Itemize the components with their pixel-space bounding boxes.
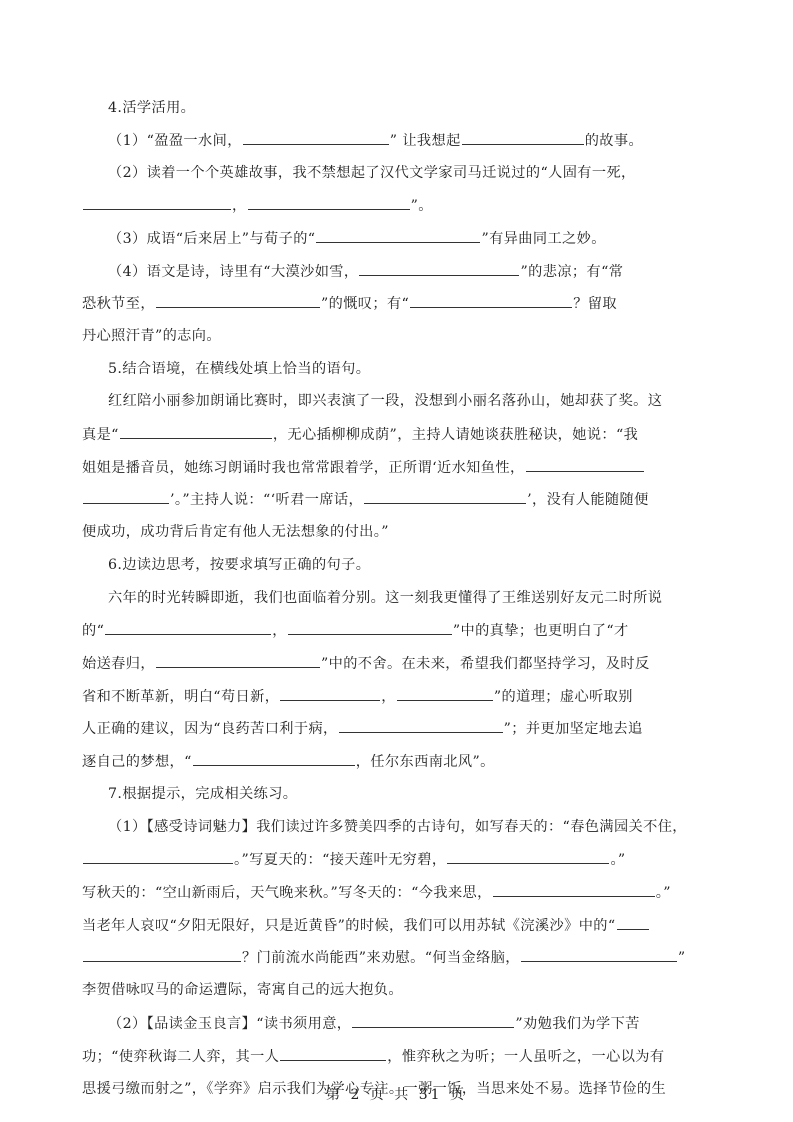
text-segment: 的故事。 [585, 129, 643, 153]
text-segment: 恐秋节至， [82, 292, 155, 316]
text-line: （1）“盈盈一水间，” 让我想起的故事。 [82, 128, 748, 152]
fill-in-blank[interactable] [493, 880, 655, 897]
text-segment: 6.边读边思考，按要求填写正确的句子。 [108, 553, 370, 577]
fill-in-blank[interactable] [280, 684, 380, 701]
text-segment: 7.根据提示，完成相关练习。 [108, 782, 297, 806]
text-segment: 。” [656, 881, 671, 905]
text-segment: ’，没有人能随随便 [527, 488, 649, 512]
text-line: （2）读着一个个英雄故事，我不禁想起了汉代文学家司马迁说过的“人固有一死， [82, 161, 748, 185]
text-segment: （3）成语“后来居上”与荀子的“ [108, 227, 315, 251]
text-line: （1）【感受诗词魅力】我们读过许多赞美四季的古诗句，如写春天的：“春色满园关不住… [82, 815, 748, 839]
text-line: 省和不断革新，明白“苟日新，，”的道理；虚心听取别 [82, 684, 722, 708]
text-segment: （1）“盈盈一水间， [108, 129, 242, 153]
fill-in-blank[interactable] [316, 226, 480, 243]
text-segment: ， [232, 194, 247, 218]
fill-in-blank[interactable] [339, 716, 503, 733]
text-segment: ”的道理；虚心听取别 [494, 685, 633, 709]
fill-in-blank[interactable] [83, 193, 231, 210]
text-line: 始送春归，”中的不舍。在未来，希望我们都坚持学习，及时反 [82, 651, 722, 675]
fill-in-blank[interactable] [83, 847, 233, 864]
text-line: ，”。 [82, 193, 722, 217]
text-segment: ’。”主持人说：“‘听君一席话， [170, 488, 363, 512]
text-segment: 姐姐是播音员，她练习朗诵时我也常常跟着学，正所谓‘近水知鱼性， [82, 456, 525, 480]
text-segment: ？留取 [573, 292, 617, 316]
text-segment: 5.结合语境，在横线处填上恰当的语句。 [108, 357, 370, 381]
fill-in-blank[interactable] [364, 487, 526, 504]
text-line: 丹心照汗青”的志向。 [82, 324, 722, 348]
text-segment: ，惟弈秋之为听；一人虽听之，一心以为有 [387, 1045, 664, 1069]
text-line: 写秋天的：“空山新雨后，天气晚来秋。”写冬天的：“今我来思，。” [82, 880, 722, 904]
text-segment: 李贺借咏叹马的命运遭际，寄寓自己的远大抱负。 [82, 978, 403, 1002]
text-segment: ”中的不舍。在未来，希望我们都坚持学习，及时反 [321, 652, 650, 676]
text-segment: 红红陪小丽参加朗诵比赛时，即兴表演了一段，没想到小丽名落孙山，她却获了奖。这 [108, 389, 662, 413]
text-line: （4）语文是诗，诗里有“大漠沙如雪，”的悲凉；有“常 [82, 259, 748, 283]
text-segment: ”。 [411, 194, 433, 218]
text-segment: （2）读着一个个英雄故事，我不禁想起了汉代文学家司马迁说过的“人固有一死， [108, 161, 636, 185]
text-segment: 。” [610, 848, 625, 872]
page-number-footer: 第 2 页 共 31 页 [0, 1084, 793, 1104]
text-segment: ”有异曲同工之妙。 [481, 227, 605, 251]
text-segment: 始送春归， [82, 652, 155, 676]
text-line: （2）【品读金玉良言】“读书须用意，”劝勉我们为学下苦 [82, 1011, 748, 1035]
text-line: 。”写夏天的：“接天莲叶无穷碧，。” [82, 847, 722, 871]
text-line: 人正确的建议，因为“良药苦口利于病，”；并更加坚定地去追 [82, 716, 722, 740]
text-segment: 丹心照汗青”的志向。 [82, 324, 221, 348]
text-line: ’。”主持人说：“‘听君一席话，’，没有人能随随便 [82, 487, 722, 511]
text-segment: ，任尔东西南北风”。 [356, 750, 495, 774]
fill-in-blank[interactable] [156, 651, 320, 668]
text-line: 7.根据提示，完成相关练习。 [82, 782, 748, 806]
fill-in-blank[interactable] [447, 847, 609, 864]
text-segment: ”劝勉我们为学下苦 [515, 1012, 639, 1036]
text-line: （3）成语“后来居上”与荀子的“”有异曲同工之妙。 [82, 226, 748, 250]
text-line: 六年的时光转瞬即逝，我们也面临着分别。这一刻我更懂得了王维送别好友元二时所说 [82, 586, 748, 610]
fill-in-blank[interactable] [120, 422, 272, 439]
text-segment: ，无心插柳柳成荫”，主持人请她谈获胜秘诀，她说：“我 [273, 423, 638, 447]
text-line: 的“，”中的真挚；也更明白了“才 [82, 618, 722, 642]
text-line: 逐自己的梦想，“，任尔东西南北风”。 [82, 749, 722, 773]
document-page: 4.活学活用。（1）“盈盈一水间，” 让我想起的故事。（2）读着一个个英雄故事，… [0, 0, 793, 1122]
fill-in-blank[interactable] [105, 618, 271, 635]
text-line: 恐秋节至，”的慨叹；有“？留取 [82, 291, 722, 315]
text-segment: 写秋天的：“空山新雨后，天气晚来秋。”写冬天的：“今我来思， [82, 881, 492, 905]
text-segment: 逐自己的梦想，“ [82, 750, 192, 774]
fill-in-blank[interactable] [359, 259, 519, 276]
text-line: 4.活学活用。 [82, 96, 748, 120]
fill-in-blank[interactable] [248, 193, 410, 210]
text-segment: ” [678, 946, 686, 970]
text-segment: ， [381, 685, 396, 709]
fill-in-blank[interactable] [617, 913, 649, 930]
text-line: 李贺借咏叹马的命运遭际，寄寓自己的远大抱负。 [82, 978, 722, 1002]
fill-in-blank[interactable] [462, 128, 584, 145]
text-segment: ”的慨叹；有“ [321, 292, 409, 316]
fill-in-blank[interactable] [243, 128, 389, 145]
text-segment: ？门前流水尚能西”来劝慰。“何当金络脑， [242, 946, 520, 970]
text-segment: 4.活学活用。 [108, 96, 195, 120]
text-segment: 真是“ [82, 423, 119, 447]
text-segment: （1）【感受诗词魅力】我们读过许多赞美四季的古诗句，如写春天的：“春色满园关不住… [108, 815, 687, 839]
text-segment: ” 让我想起 [390, 129, 461, 153]
fill-in-blank[interactable] [83, 945, 241, 962]
fill-in-blank[interactable] [526, 455, 644, 472]
text-line: 功；“使弈秋诲二人弈，其一人，惟弈秋之为听；一人虽听之，一心以为有 [82, 1044, 722, 1068]
fill-in-blank[interactable] [83, 487, 169, 504]
text-segment: 六年的时光转瞬即逝，我们也面临着分别。这一刻我更懂得了王维送别好友元二时所说 [108, 586, 662, 610]
text-segment: 功；“使弈秋诲二人弈，其一人 [82, 1045, 279, 1069]
text-line: 姐姐是播音员，她练习朗诵时我也常常跟着学，正所谓‘近水知鱼性， [82, 455, 722, 479]
text-segment: 当老年人哀叹“夕阳无限好，只是近黄昏”的时候，我们可以用苏轼《浣溪沙》中的“ [82, 914, 616, 938]
fill-in-blank[interactable] [156, 291, 320, 308]
text-segment: 。”写夏天的：“接天莲叶无穷碧， [234, 848, 446, 872]
text-line: 便成功，成功背后肯定有他人无法想象的付出。” [82, 520, 722, 544]
text-line: 红红陪小丽参加朗诵比赛时，即兴表演了一段，没想到小丽名落孙山，她却获了奖。这 [82, 389, 748, 413]
fill-in-blank[interactable] [521, 945, 677, 962]
text-segment: ”中的真挚；也更明白了“才 [453, 619, 629, 643]
text-line: 当老年人哀叹“夕阳无限好，只是近黄昏”的时候，我们可以用苏轼《浣溪沙》中的“ [82, 913, 722, 937]
fill-in-blank[interactable] [280, 1044, 386, 1061]
fill-in-blank[interactable] [193, 749, 355, 766]
text-segment: ”的悲凉；有“常 [520, 260, 623, 284]
text-segment: （4）语文是诗，诗里有“大漠沙如雪， [108, 260, 358, 284]
fill-in-blank[interactable] [288, 618, 452, 635]
text-segment: 省和不断革新，明白“苟日新， [82, 685, 279, 709]
text-segment: 便成功，成功背后肯定有他人无法想象的付出。” [82, 520, 389, 544]
text-line: 5.结合语境，在横线处填上恰当的语句。 [82, 357, 748, 381]
text-segment: 人正确的建议，因为“良药苦口利于病， [82, 717, 338, 741]
text-segment: ， [272, 619, 287, 643]
fill-in-blank[interactable] [410, 291, 572, 308]
text-segment: 的“ [82, 619, 104, 643]
fill-in-blank[interactable] [352, 1011, 514, 1028]
fill-in-blank[interactable] [397, 684, 493, 701]
text-line: 6.边读边思考，按要求填写正确的句子。 [82, 553, 748, 577]
text-line: ？门前流水尚能西”来劝慰。“何当金络脑，” [82, 945, 722, 969]
text-line: 真是“，无心插柳柳成荫”，主持人请她谈获胜秘诀，她说：“我 [82, 422, 722, 446]
text-segment: ”；并更加坚定地去追 [504, 717, 643, 741]
text-segment: （2）【品读金玉良言】“读书须用意， [108, 1012, 351, 1036]
